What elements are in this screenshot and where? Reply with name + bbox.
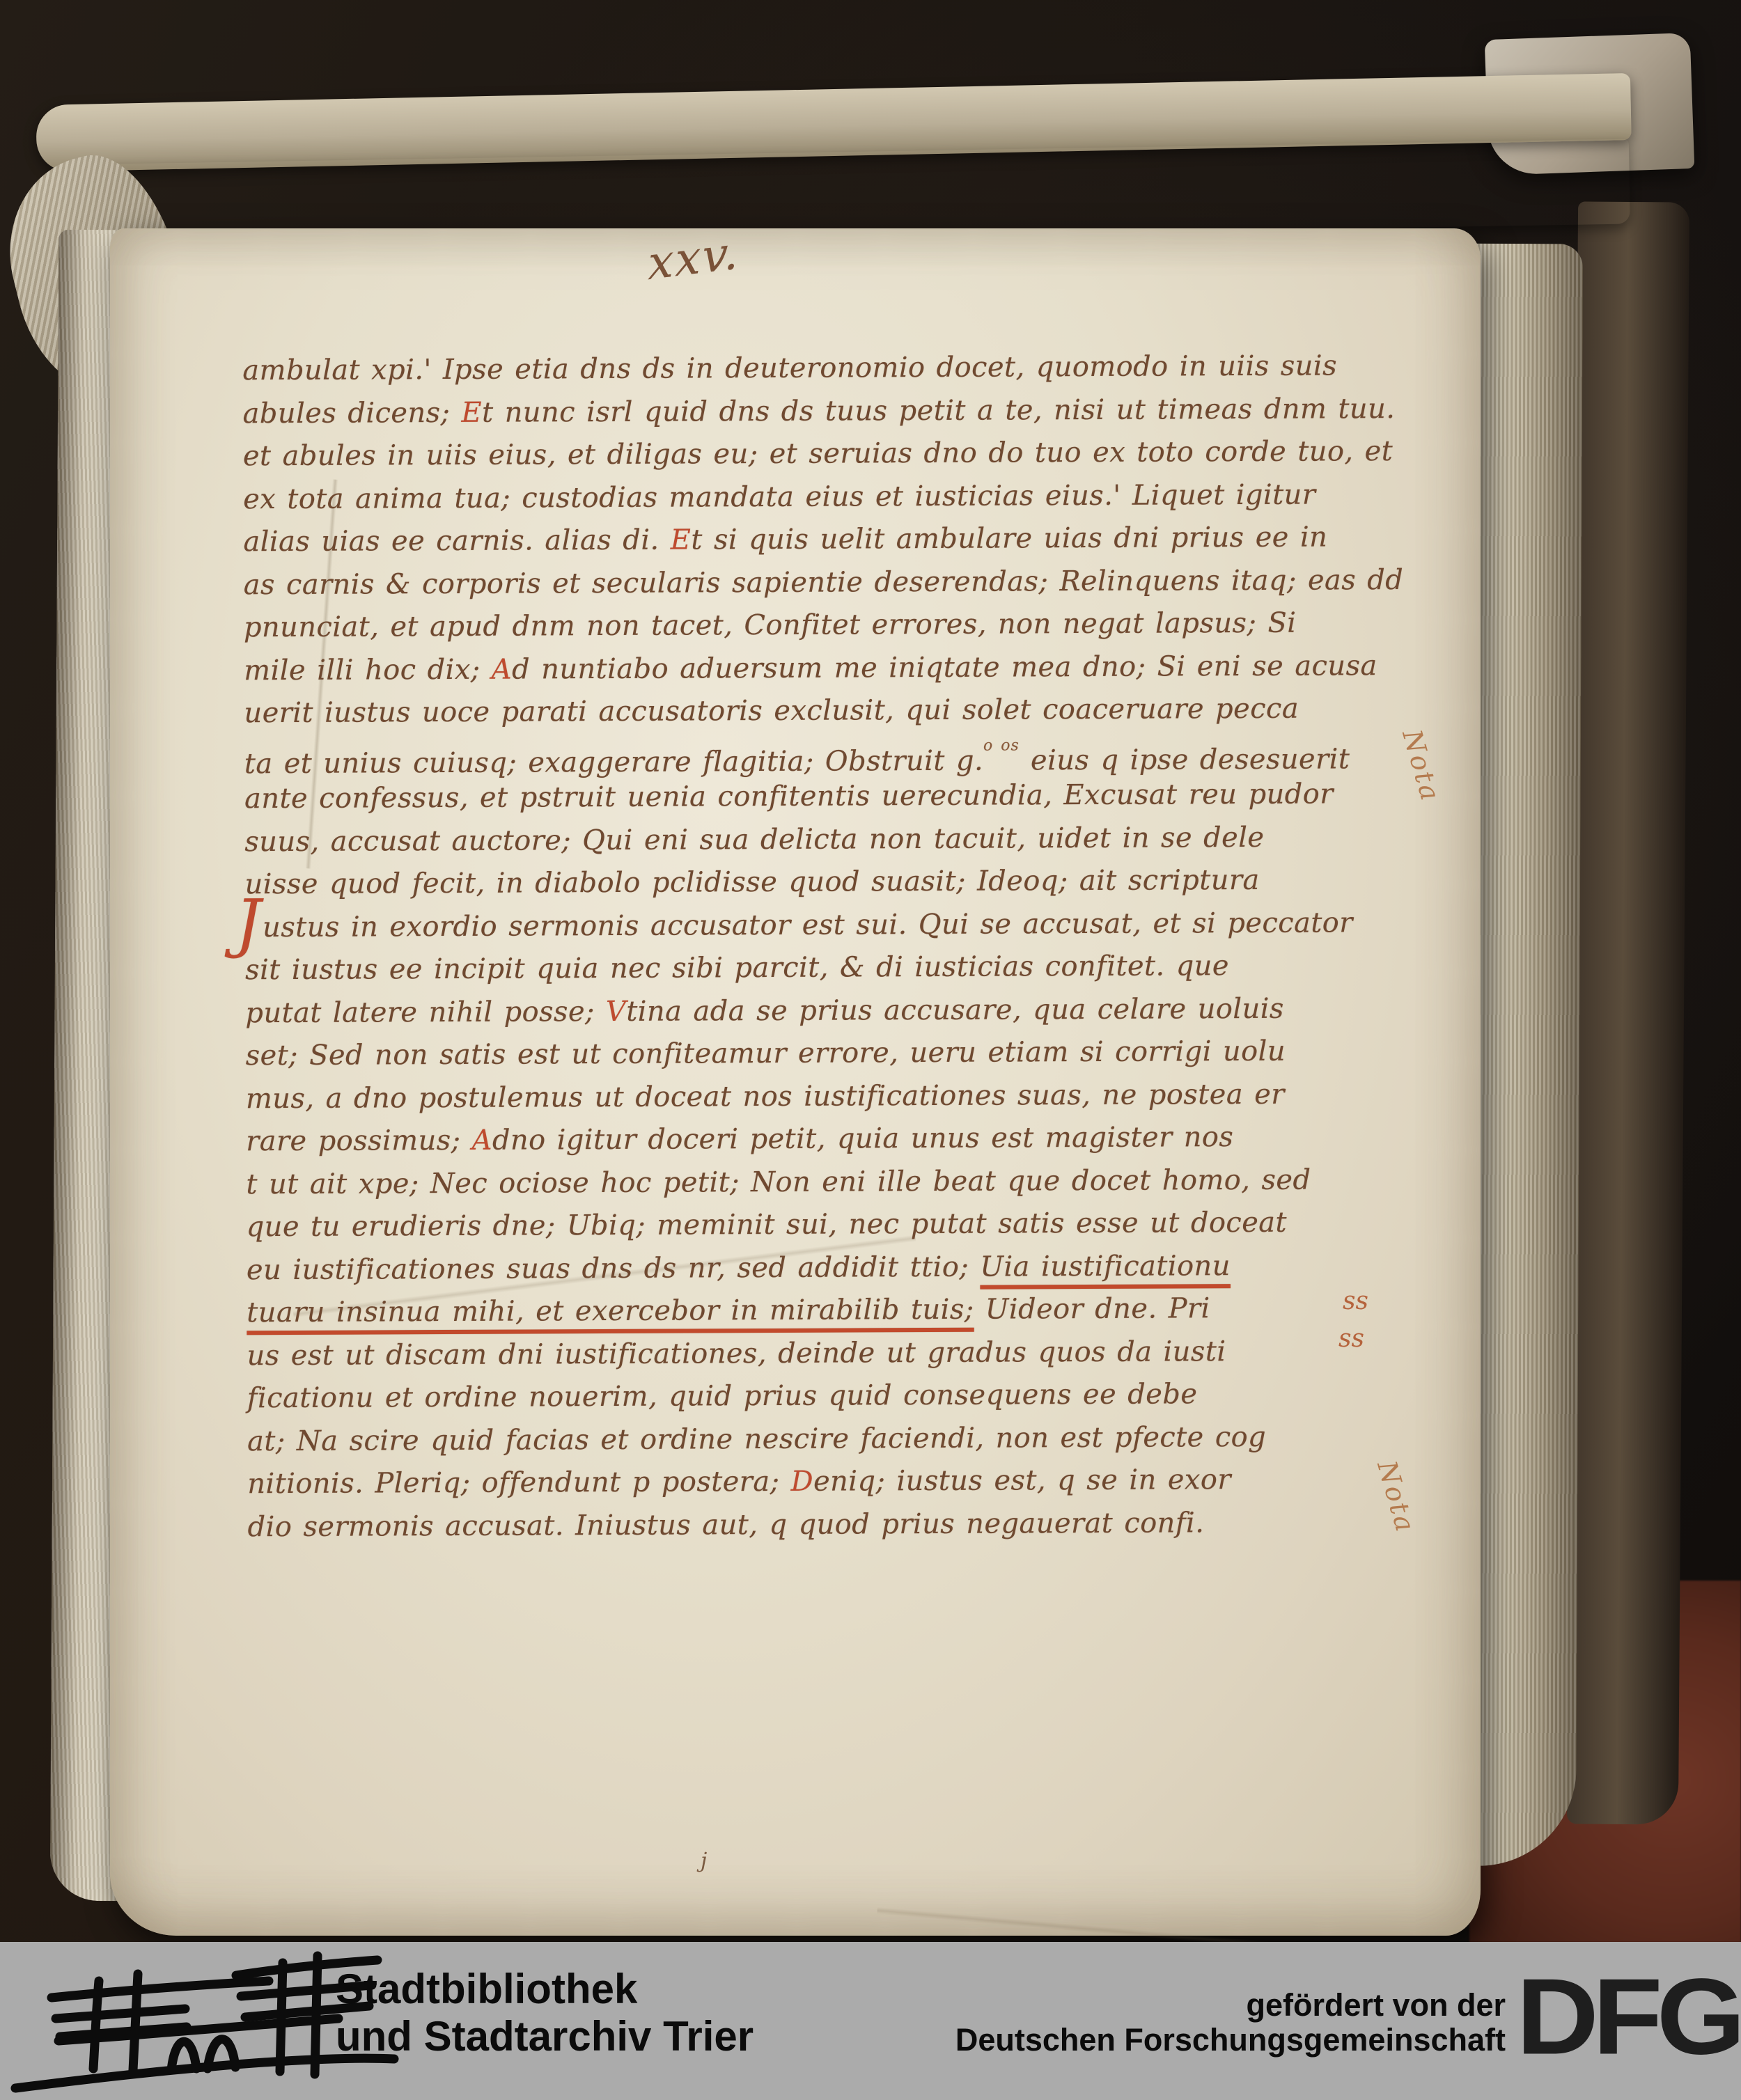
- manuscript-line: ex tota anima tua; custodias mandata eiu…: [243, 478, 1288, 526]
- text-segment: uisse quod fecit, in diabolo pclidisse q…: [244, 864, 1259, 900]
- manuscript-line: us est ut discam dni iustificationes, de…: [247, 1335, 1291, 1382]
- manuscript-line: t ut ait xpe; Nec ociose hoc petit; Non …: [246, 1163, 1290, 1211]
- manuscript-line: as carnis & corporis et secularis sapien…: [244, 564, 1288, 611]
- rubric-initial: A: [471, 1125, 492, 1157]
- text-segment: alias uias ee carnis. alias di.: [243, 524, 670, 558]
- text-segment: uerit iustus uoce parati accusatoris exc…: [244, 693, 1299, 730]
- rubric-initial: E: [671, 524, 692, 556]
- manuscript-line: et abules in uiis eius, et diligas eu; e…: [243, 436, 1288, 483]
- institution-line1: Stadtbibliothek: [336, 1966, 754, 2013]
- manuscript-line: at; Na scire quid facias et ordine nesci…: [247, 1420, 1292, 1468]
- manuscript-line: putat latere nihil posse; Vtina ada se p…: [245, 992, 1290, 1040]
- text-segment: putat latere nihil posse;: [245, 996, 606, 1029]
- manuscript-line: ficationu et ordine nouerim, quid prius …: [247, 1378, 1292, 1425]
- institution-line2: und Stadtarchiv Trier: [336, 2013, 754, 2060]
- text-segment: o os: [983, 737, 1020, 754]
- text-segment: rare possimus;: [246, 1125, 472, 1157]
- text-segment: nitionis. Pleriq; offendunt p postera;: [247, 1466, 790, 1500]
- margin-ss-mark-upper: ss: [1343, 1287, 1368, 1315]
- text-segment: sit iustus ee incipit quia nec sibi parc…: [245, 950, 1229, 986]
- manuscript-line: mile illi hoc dix; Ad nuntiabo aduersum …: [244, 650, 1288, 697]
- text-segment: abules dicens;: [243, 396, 462, 429]
- text-segment: ficationu et ordine nouerim, quid prius …: [247, 1378, 1198, 1414]
- funding-line1: gefördert von der: [955, 1988, 1506, 2023]
- folio-number: xxv.: [648, 226, 740, 291]
- text-segment: ante confessus, et pstruit uenia confite…: [244, 778, 1334, 815]
- manuscript-line: eu iustificationes suas dns ds nr, sed a…: [247, 1249, 1291, 1296]
- text-segment: us est ut discam dni iustificationes, de…: [247, 1335, 1226, 1372]
- manuscript-text: ambulat xpi.' Ipse etia dns ds in deuter…: [242, 350, 1292, 1554]
- rubric-initial: V: [606, 995, 626, 1027]
- catchword-mark: j: [701, 1849, 707, 1873]
- text-segment: d nuntiabo aduersum me iniqtate mea dno;…: [512, 650, 1377, 685]
- text-segment: Uia iustificationu: [980, 1250, 1231, 1283]
- margin-ss-mark-lower: ss: [1338, 1324, 1364, 1353]
- text-segment: ex tota anima tua; custodias mandata eiu…: [243, 478, 1315, 515]
- manuscript-line: mus, a dno postulemus ut doceat nos iust…: [246, 1078, 1290, 1125]
- text-segment: dno igitur doceri petit, quia unus est m…: [492, 1121, 1234, 1157]
- manuscript-line: nitionis. Pleriq; offendunt p postera; D…: [247, 1464, 1292, 1511]
- text-segment: tina ada se prius accusare, qua celare u…: [626, 992, 1284, 1027]
- text-segment: mus, a dno postulemus ut doceat nos iust…: [246, 1078, 1285, 1115]
- text-segment: ta et unius cuiusq; exaggerare flagitia;…: [244, 744, 983, 780]
- manuscript-line: ante confessus, et pstruit uenia confite…: [244, 778, 1289, 826]
- text-segment: ambulat xpi.' Ipse etia dns ds in deuter…: [242, 350, 1337, 386]
- institution-name: Stadtbibliothek und Stadtarchiv Trier: [336, 1966, 754, 2060]
- text-segment: que tu erudieris dne; Ubiq; meminit sui,…: [247, 1207, 1287, 1244]
- text-segment: eius q ipse desesuerit: [1020, 743, 1350, 776]
- text-segment: t si quis uelit ambulare uias dni prius …: [691, 521, 1327, 556]
- text-segment: tuaru insinua mihi, et exercebor in mira…: [247, 1294, 974, 1329]
- text-segment: pnunciat, et apud dnm non tacet, Confite…: [244, 607, 1297, 644]
- footer-bar: Stadtbibliothek und Stadtarchiv Trier ge…: [0, 1942, 1741, 2100]
- manuscript-line: dio sermonis accusat. Iniustus aut, q qu…: [247, 1506, 1292, 1553]
- funding-credit: gefördert von der Deutschen Forschungsge…: [955, 1988, 1506, 2058]
- manuscript-line: uisse quod fecit, in diabolo pclidisse q…: [244, 864, 1289, 911]
- text-segment: ustus in exordio sermonis accusator est …: [263, 907, 1353, 943]
- manuscript-line: Justus in exordio sermonis accusator est…: [245, 907, 1290, 954]
- manuscript-line: que tu erudieris dne; Ubiq; meminit sui,…: [247, 1207, 1291, 1254]
- rubric-initial: E: [461, 396, 482, 428]
- text-segment: eu iustificationes suas dns ds nr, sed a…: [247, 1251, 981, 1286]
- funding-line2: Deutschen Forschungsgemeinschaft: [955, 2023, 1506, 2058]
- manuscript-line: suus, accusat auctore; Qui eni sua delic…: [244, 821, 1289, 868]
- dfg-logo: DFG: [1516, 1967, 1740, 2067]
- codex-photo: xxv. ambulat xpi.' Ipse etia dns ds in d…: [0, 0, 1741, 1943]
- manuscript-line: set; Sed non satis est ut confiteamur er…: [246, 1035, 1290, 1083]
- text-segment: et abules in uiis eius, et diligas eu; e…: [243, 435, 1393, 472]
- text-segment: dio sermonis accusat. Iniustus aut, q qu…: [247, 1507, 1204, 1543]
- manuscript-line: pnunciat, et apud dnm non tacet, Confite…: [244, 607, 1288, 655]
- manuscript-line: ambulat xpi.' Ipse etia dns ds in deuter…: [242, 350, 1287, 398]
- text-segment: eniq; iustus est, q se in exor: [813, 1464, 1231, 1498]
- rubric-initial: J: [235, 886, 262, 960]
- text-segment: mile illi hoc dix;: [244, 653, 492, 687]
- manuscript-line: uerit iustus uoce parati accusatoris exc…: [244, 693, 1288, 740]
- text-segment: as carnis & corporis et secularis sapien…: [244, 564, 1404, 601]
- text-segment: t ut ait xpe; Nec ociose hoc petit; Non …: [246, 1163, 1311, 1200]
- manuscript-line: alias uias ee carnis. alias di. Et si qu…: [243, 522, 1288, 569]
- text-segment: suus, accusat auctore; Qui eni sua delic…: [244, 821, 1264, 857]
- manuscript-line: tuaru insinua mihi, et exercebor in mira…: [247, 1292, 1291, 1340]
- text-segment: t nunc isrl quid dns ds tuus petit a te,…: [482, 393, 1395, 429]
- rubric-initial: A: [492, 653, 512, 685]
- text-segment: Uideor dne. Pri: [974, 1292, 1210, 1325]
- manuscript-line: rare possimus; Adno igitur doceri petit,…: [246, 1121, 1290, 1168]
- manuscript-line: ta et unius cuiusq; exaggerare flagitia;…: [244, 735, 1289, 783]
- cover-board-edge: [1567, 201, 1689, 1824]
- manuscript-line: abules dicens; Et nunc isrl quid dns ds …: [243, 393, 1288, 440]
- rubric-initial: D: [790, 1466, 813, 1498]
- text-segment: at; Na scire quid facias et ordine nesci…: [247, 1420, 1266, 1457]
- manuscript-line: sit iustus ee incipit quia nec sibi parc…: [245, 950, 1290, 997]
- text-segment: set; Sed non satis est ut confiteamur er…: [246, 1035, 1286, 1072]
